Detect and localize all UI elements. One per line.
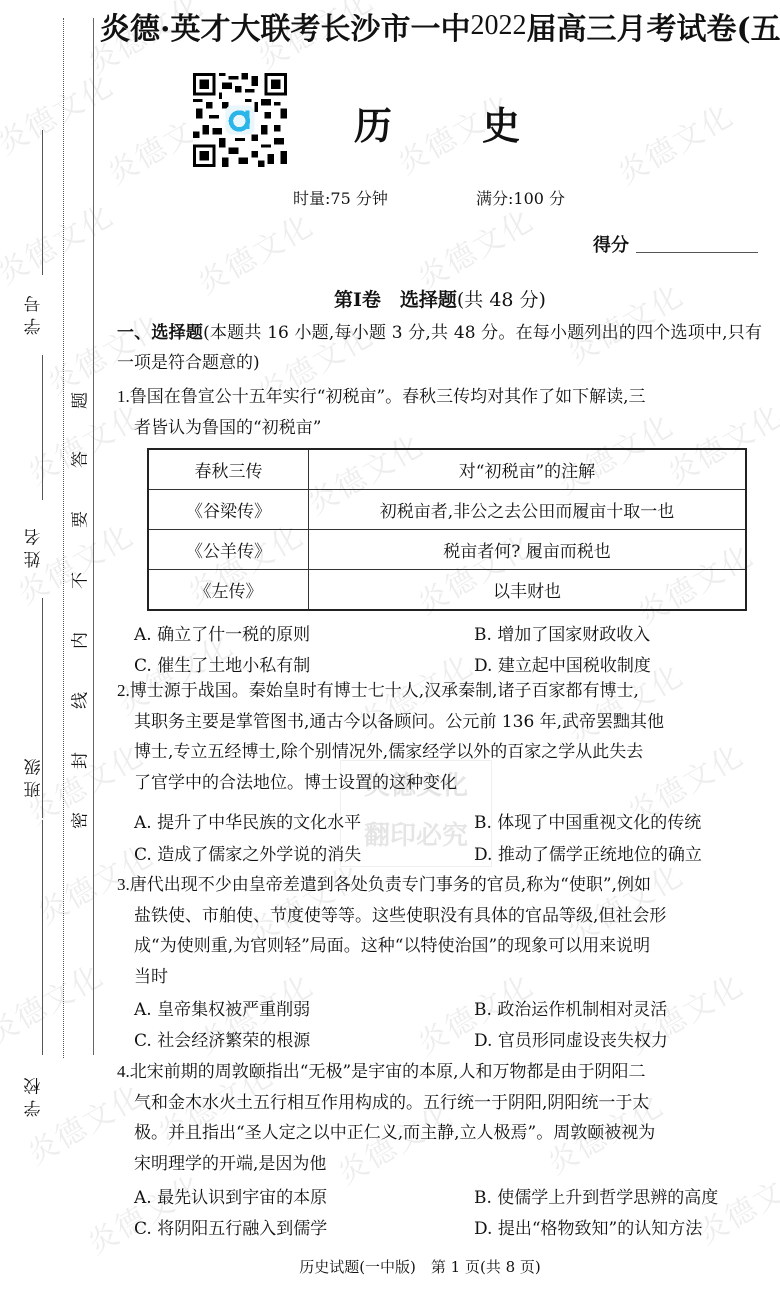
option-b[interactable]: B. 政治运作机制相对灵活	[474, 995, 667, 1020]
option-a[interactable]: A. 提升了中华民族的文化水平	[134, 808, 361, 833]
table-row: 《公羊传》 税亩者何? 履亩而税也	[148, 530, 746, 570]
seal-char: 密	[66, 810, 91, 832]
duration-label: 时量:75 分钟	[293, 186, 388, 209]
seal-char: 题	[66, 390, 91, 412]
seal-char: 线	[66, 690, 91, 712]
option-d[interactable]: D. 推动了儒学正统地位的确立	[474, 840, 702, 865]
school-rule	[42, 820, 43, 1055]
section-title-score: (共 48 分)	[457, 289, 546, 311]
class-label: 班 级	[22, 738, 46, 818]
seal-char: 不	[66, 570, 91, 592]
name-label: 姓 名	[22, 508, 46, 588]
option-d[interactable]: D. 提出“格物致知”的认知方法	[474, 1214, 702, 1239]
full-score-label: 满分:100 分	[476, 186, 565, 209]
table-cell: 以丰财也	[309, 570, 747, 611]
page-footer: 历史试题(一中版) 第 1 页(共 8 页)	[0, 1256, 780, 1277]
option-b[interactable]: B. 使儒学上升到哲学思辨的高度	[474, 1183, 718, 1208]
option-a[interactable]: A. 最先认识到宇宙的本原	[134, 1183, 327, 1208]
title-year: 2022	[470, 10, 526, 42]
question-text-line: 北宋前期的周敦颐指出“无极”是宇宙的本原,人和万物都是由于阴阳二	[130, 1062, 646, 1082]
table-cell: 税亩者何? 履亩而税也	[309, 530, 747, 570]
table-cell: 初税亩者,非公之去公田而履亩十取一也	[309, 490, 747, 530]
score-input-line[interactable]	[636, 252, 758, 253]
name-rule	[42, 355, 43, 500]
question-text-line: 博士,专立五经博士,除个别情况外,儒家经学以外的百家之学从此失去	[117, 737, 762, 768]
seal-char: 内	[66, 630, 91, 652]
option-c[interactable]: C. 将阴阳五行融入到儒学	[134, 1214, 327, 1239]
annotation-table: 春秋三传 对“初税亩”的注解 《谷梁传》 初税亩者,非公之去公田而履亩十取一也 …	[147, 448, 747, 611]
question-text-line: 当时	[117, 962, 762, 993]
question-number: 1.	[117, 387, 130, 406]
question-1: 1.鲁国在鲁宣公十五年实行“初税亩”。春秋三传均对其作了如下解读,三 者皆认为鲁…	[117, 382, 762, 443]
question-text-line: 博士源于战国。秦始皇时有博士七十人,汉承秦制,诸子百家都有博士,	[130, 681, 639, 701]
table-header-cell: 对“初税亩”的注解	[309, 449, 747, 490]
subject-title-char-1: 历	[354, 95, 392, 150]
option-a[interactable]: A. 确立了什一税的原则	[134, 620, 310, 645]
instruction-heading: 一、选择题	[117, 323, 203, 343]
question-text-line: 盐铁使、市舶使、节度使等等。这些使职没有具体的官品等级,但社会形	[117, 901, 762, 932]
table-header-row: 春秋三传 对“初税亩”的注解	[148, 449, 746, 490]
option-b[interactable]: B. 增加了国家财政收入	[474, 620, 650, 645]
section-title-main: 第Ⅰ卷 选择题	[334, 289, 457, 311]
table-header-cell: 春秋三传	[148, 449, 309, 490]
seal-char: 封	[66, 750, 91, 772]
question-text-line: 鲁国在鲁宣公十五年实行“初税亩”。春秋三传均对其作了如下解读,三	[130, 387, 646, 407]
question-text-line: 了官学中的合法地位。博士设置的这种变化	[117, 768, 762, 799]
table-cell: 《公羊传》	[148, 530, 309, 570]
option-c[interactable]: C. 催生了土地小私有制	[134, 651, 310, 676]
exam-title: 炎德·英才大联考长沙市一中 2022 届高三月考试卷(五)	[100, 2, 780, 50]
seal-char: 答	[66, 449, 91, 471]
school-label: 学 校	[22, 1057, 46, 1137]
cut-line-dotted	[63, 18, 64, 1058]
option-a[interactable]: A. 皇帝集权被严重削弱	[134, 995, 310, 1020]
question-number: 3.	[117, 875, 130, 894]
question-number: 4.	[117, 1062, 130, 1081]
instruction-text: (本题共 16 小题,每小题 3 分,共 48 分。在每小题列出的四个选项中,只…	[117, 323, 762, 373]
question-text-line: 成“为使则重,为官则轻”局面。这种“以特使治国”的现象可以用来说明	[117, 931, 762, 962]
question-2: 2.博士源于战国。秦始皇时有博士七十人,汉承秦制,诸子百家都有博士, 其职务主要…	[117, 676, 762, 798]
question-text-line: 唐代出现不少由皇帝差遣到各处负责专门事务的官员,称为“使职”,例如	[130, 875, 651, 895]
qr-code-icon[interactable]	[193, 73, 287, 167]
option-c[interactable]: C. 造成了儒家之外学说的消失	[134, 840, 361, 865]
section-instructions: 一、选择题(本题共 16 小题,每小题 3 分,共 48 分。在每小题列出的四个…	[117, 318, 762, 378]
section-title: 第Ⅰ卷 选择题(共 48 分)	[0, 285, 780, 312]
question-text-line: 其职务主要是掌管图书,通古今以备顾问。公元前 136 年,武帝罢黜其他	[117, 707, 762, 738]
question-text-line: 极。并且指出“圣人定之以中正仁义,而主静,立人极焉”。周敦颐被视为	[117, 1118, 762, 1149]
table-row: 《左传》 以丰财也	[148, 570, 746, 611]
question-number: 2.	[117, 681, 130, 700]
table-cell: 《左传》	[148, 570, 309, 611]
seal-char: 要	[66, 509, 91, 531]
table-cell: 《谷梁传》	[148, 490, 309, 530]
question-4: 4.北宋前期的周敦颐指出“无极”是宇宙的本原,人和万物都是由于阴阳二 气和金木水…	[117, 1057, 762, 1179]
score-label: 得分	[593, 231, 629, 257]
title-prefix: 炎德·英才大联考长沙市一中	[100, 4, 470, 48]
question-text-line: 气和金木水火土五行相互作用构成的。五行统一于阴阳,阴阳统一于太	[117, 1088, 762, 1119]
student-id-rule	[42, 130, 43, 275]
question-3: 3.唐代出现不少由皇帝差遣到各处负责专门事务的官员,称为“使职”,例如 盐铁使、…	[117, 870, 762, 992]
question-text-line: 者皆认为鲁国的“初税亩”	[117, 413, 762, 444]
question-text-line: 宋明理学的开端,是因为他	[117, 1149, 762, 1180]
option-d[interactable]: D. 官员形同虚设丧失权力	[474, 1026, 668, 1051]
option-c[interactable]: C. 社会经济繁荣的根源	[134, 1026, 310, 1051]
margin-line	[93, 18, 94, 1055]
title-suffix: 届高三月考试卷(五)	[526, 4, 780, 48]
subject-title-char-2: 史	[482, 95, 520, 150]
table-row: 《谷梁传》 初税亩者,非公之去公田而履亩十取一也	[148, 490, 746, 530]
option-d[interactable]: D. 建立起中国税收制度	[474, 651, 651, 676]
option-b[interactable]: B. 体现了中国重视文化的传统	[474, 808, 701, 833]
